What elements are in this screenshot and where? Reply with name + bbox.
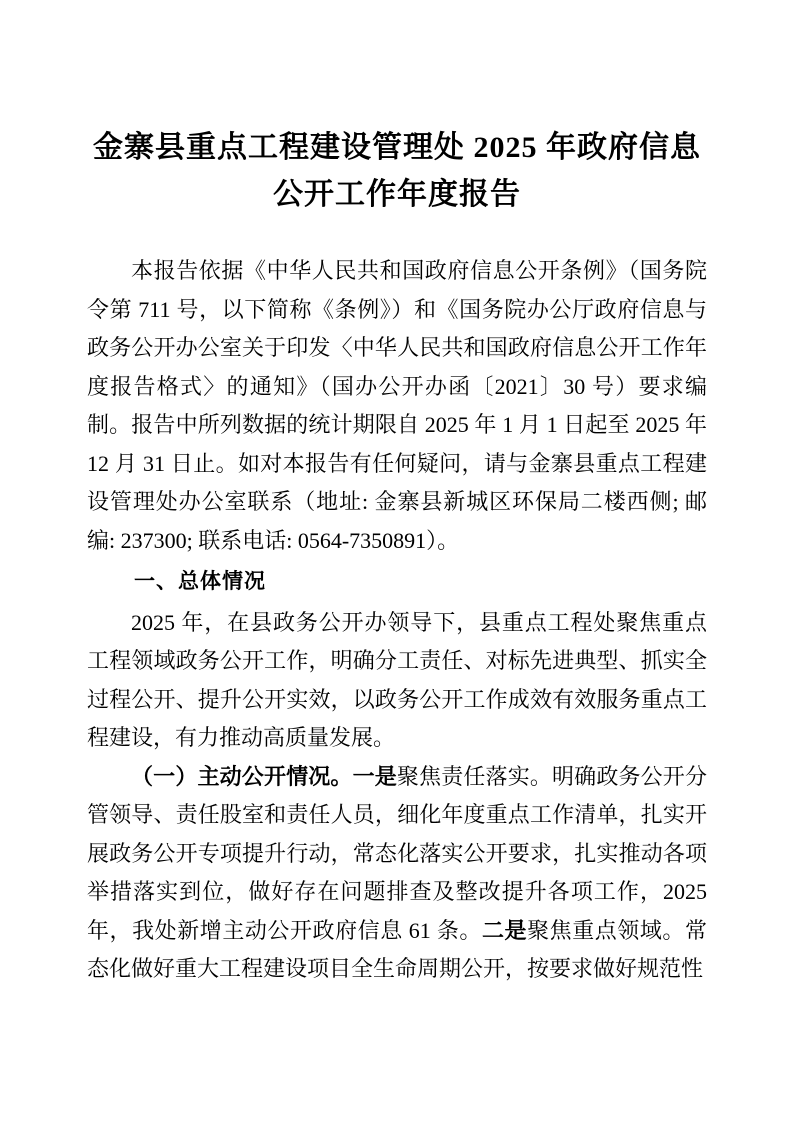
bold-text-run: 二是 — [482, 918, 527, 943]
text-run: 2025 年，在县政务公开办领导下，县重点工程处聚焦重点工程领域政务公开工作，明… — [87, 610, 707, 751]
document-title-line1: 金寨县重点工程建设管理处 2025 年政府信息 — [87, 124, 707, 171]
bold-text-run: （一）主动公开情况。一是 — [131, 764, 397, 789]
document-page: 金寨县重点工程建设管理处 2025 年政府信息 公开工作年度报告 本报告依据《中… — [0, 0, 793, 1122]
paragraph: 本报告依据《中华人民共和国政府信息公开条例》（国务院令第 711 号，以下简称《… — [87, 252, 707, 560]
document-title: 金寨县重点工程建设管理处 2025 年政府信息 公开工作年度报告 — [87, 124, 707, 218]
paragraph: 2025 年，在县政务公开办领导下，县重点工程处聚焦重点工程领域政务公开工作，明… — [87, 604, 707, 758]
text-run: 本报告依据《中华人民共和国政府信息公开条例》（国务院令第 711 号，以下简称《… — [87, 258, 707, 553]
document-body: 本报告依据《中华人民共和国政府信息公开条例》（国务院令第 711 号，以下简称《… — [87, 252, 707, 989]
text-run: 聚焦责任落实。明确政务公开分管领导、责任股室和责任人员，细化年度重点工作清单，扎… — [87, 764, 707, 943]
paragraph: （一）主动公开情况。一是聚焦责任落实。明确政务公开分管领导、责任股室和责任人员，… — [87, 758, 707, 989]
bold-text-run: 一、总体情况 — [134, 570, 266, 593]
section-heading: 一、总体情况 — [87, 563, 707, 602]
document-title-line2: 公开工作年度报告 — [87, 171, 707, 218]
